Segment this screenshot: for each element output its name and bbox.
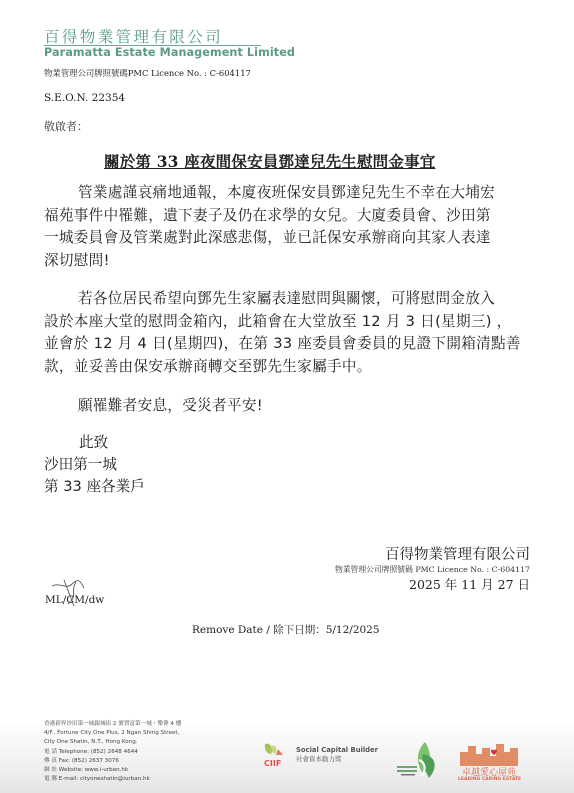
leading-caring-estate-logo: 卓越愛心屋苑 LEADING CARING ESTATE	[458, 742, 520, 784]
recipient-estate: 沙田第一城	[44, 454, 145, 476]
paragraph-line: 管業處謹哀痛地通報，本廈夜班保安員鄧達兒先生不幸在大埔宏	[44, 182, 534, 205]
paragraph-announcement: 管業處謹哀痛地通報，本廈夜班保安員鄧達兒先生不幸在大埔宏 福苑事件中罹難，遺下妻…	[44, 182, 534, 272]
signature-company: 百得物業管理有限公司	[385, 543, 530, 564]
letterhead-company-cn: 百得物業管理有限公司	[44, 25, 223, 47]
social-capital-builder-text: Social Capital Builder 社會資本動力獎	[296, 746, 378, 764]
social-capital-builder-logo: CIIF Social Capital Builder 社會資本動力獎	[262, 740, 378, 770]
closing-regards: 此致	[44, 432, 145, 454]
paragraph-line: 若各位居民希望向鄧先生家屬表達慰問與關懷，可將慰問金放入	[44, 288, 534, 311]
signature-date: 2025 年 11 月 27 日	[409, 575, 530, 593]
letterhead-company-en: Paramatta Estate Management Limited	[44, 46, 295, 59]
svg-text:CIIF: CIIF	[264, 759, 281, 768]
paragraph-donation: 若各位居民希望向鄧先生家屬表達慰問與關懷，可將慰問金放入 設於本座大堂的慰問金箱…	[44, 288, 534, 378]
paragraph-line: 並會於 12 月 4 日(星期四)，在第 33 座委員會委員的見證下開箱清點善	[44, 333, 534, 356]
notice-title: 關於第 33 座夜間保安員鄧達兒先生慰問金事宜	[104, 150, 435, 172]
footer-fax: 傳 真 Fax: (852) 2637 3076	[44, 757, 181, 766]
building-skyline-icon	[458, 742, 520, 766]
salutation: 敬啟者：	[44, 118, 88, 134]
footer-address-cn: 香港新界沙田第一城銀城街 2 號置富第一城・樂薈 4 樓	[44, 720, 181, 729]
paragraph-line: 一城委員會及管業處對此深感悲傷，並已託保安承辦商向其家人表達	[44, 227, 534, 250]
paragraph-line: 深切慰問!	[44, 250, 534, 273]
reference-number: S.E.O.N. 22354	[44, 92, 125, 104]
paragraph-condolence: 願罹難者安息，受災者平安!	[44, 395, 534, 418]
footer-email: 電 郵 E-mail: cityoneshatin@iurban.hk	[44, 775, 181, 784]
recipient-block: 第 33 座各業戶	[44, 476, 145, 498]
letter-page: 百得物業管理有限公司 Paramatta Estate Management L…	[0, 0, 574, 793]
footer-address-en-2: City One Shatin, N.T., Hong Kong.	[44, 738, 181, 747]
reference-initials: ML/CM/dw	[45, 594, 104, 606]
footer-address-en-1: 4/F., Fortune City One Plus, 2 Ngan Shin…	[44, 729, 181, 738]
letterhead-licence: 物業管理公司牌照號碼PMC Licence No. : C-604117	[44, 67, 251, 79]
signature-licence: 物業管理公司牌照號碼 PMC Licence No. : C-604117	[335, 564, 530, 575]
remove-date: Remove Date / 除下日期：5/12/2025	[192, 622, 380, 637]
closing-block: 此致 沙田第一城 第 33 座各業戶	[44, 432, 145, 498]
ciif-logo-icon: CIIF	[262, 740, 292, 770]
paragraph-line: 設於本座大堂的慰問金箱內，此箱會在大堂放至 12 月 3 日(星期三) ，	[44, 311, 534, 334]
green-building-award-logo-icon	[395, 740, 445, 782]
footer-contact: 香港新界沙田第一城銀城街 2 號置富第一城・樂薈 4 樓 4/F., Fortu…	[44, 720, 181, 784]
paragraph-line: 願罹難者安息，受災者平安!	[44, 395, 534, 418]
footer-telephone: 電 話 Telephone: (852) 2648 4644	[44, 748, 181, 757]
paragraph-line: 款，並妥善由保安承辦商轉交至鄧先生家屬手中。	[44, 356, 534, 379]
footer-website: 網 址 Website: www.i-urban.hk	[44, 766, 181, 775]
paragraph-line: 福苑事件中罹難，遺下妻子及仍在求學的女兒。大廈委員會、沙田第	[44, 205, 534, 228]
